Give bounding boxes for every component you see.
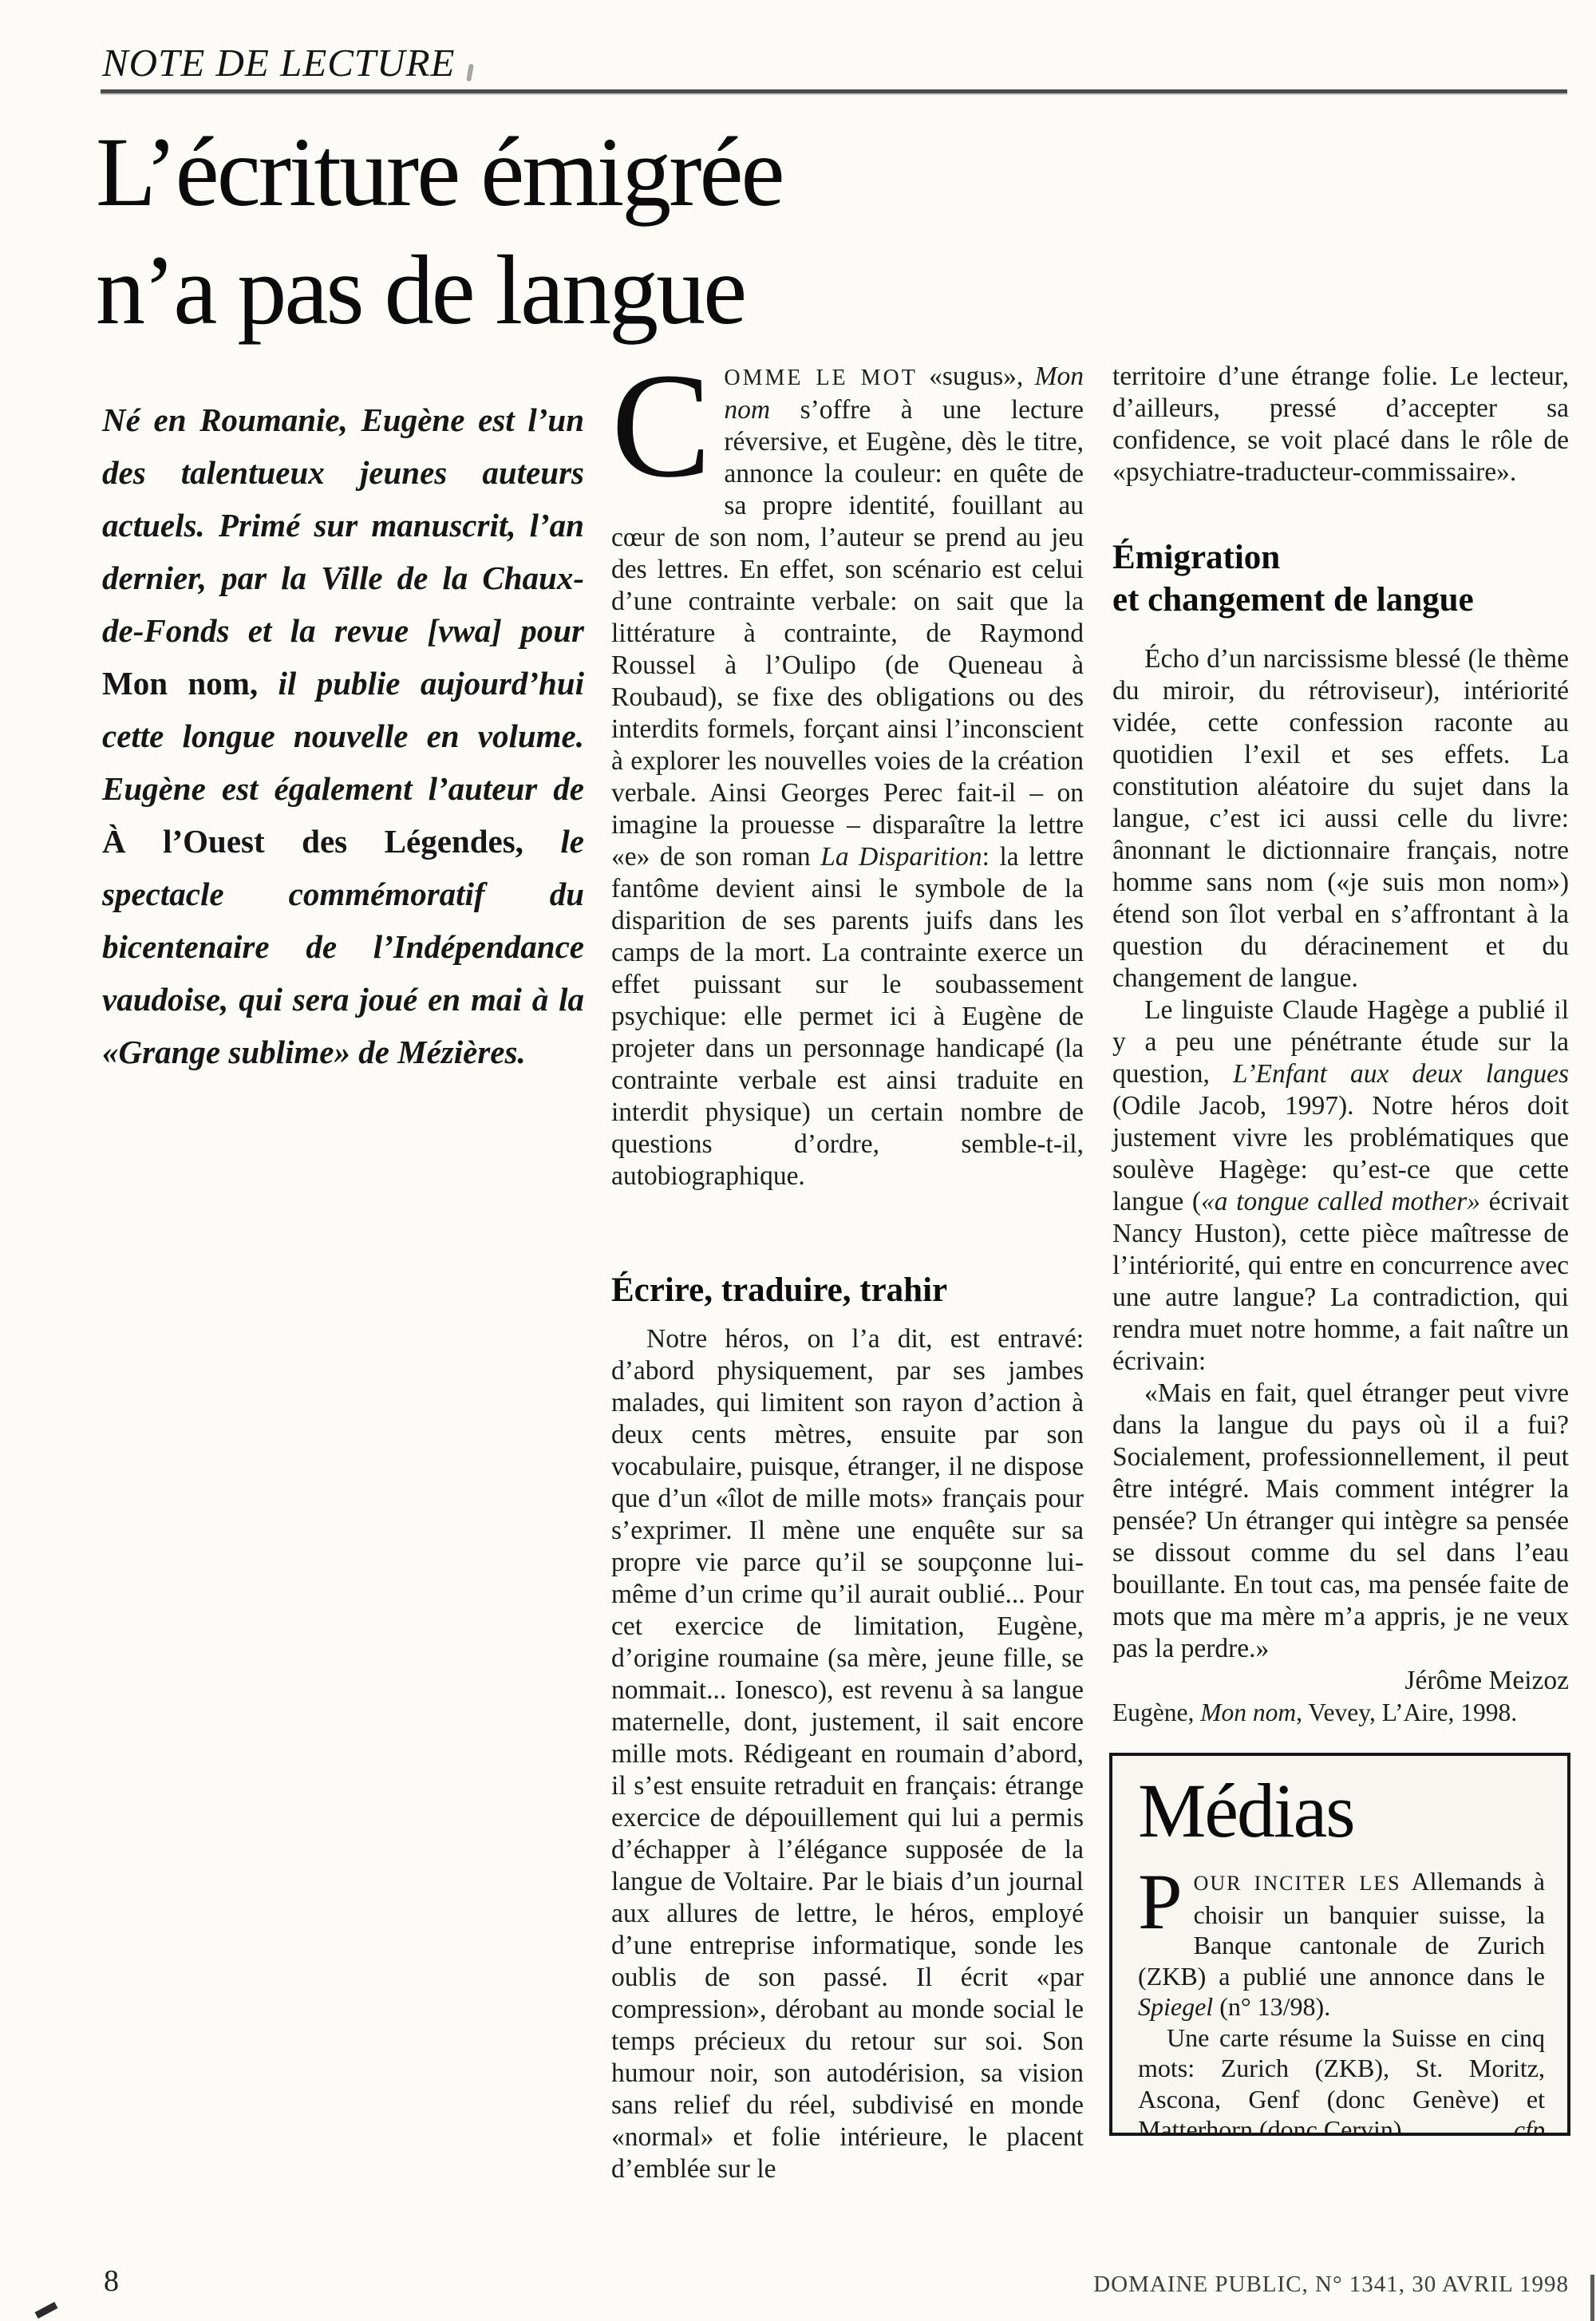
medias-title: Médias: [1138, 1769, 1545, 1853]
right-column-paragraph-2: Écho d’un narcissisme blessé (le thème d…: [1112, 643, 1569, 994]
right-column-body: Écho d’un narcissisme blessé (le thème d…: [1112, 643, 1569, 1729]
author-signature: Jérôme Meizoz: [1112, 1665, 1569, 1697]
quote-tongue-called-mother: «a tongue called mother»: [1201, 1187, 1480, 1216]
intro-run: Né en Roumanie, Eugène est l’un des tale…: [102, 401, 584, 649]
dropcap-c: C: [611, 366, 711, 492]
body-run: : la lettre fantôme devient ainsi le sym…: [611, 842, 1084, 1191]
article-title: L’écriture émigrée n’a pas de langue: [96, 113, 783, 350]
show-title-ouest-des-legendes: À l’Ouest des Légendes,: [102, 823, 523, 860]
masthead-rule: [101, 89, 1567, 93]
book-title-enfant-aux-deux-langues: L’Enfant aux deux langues: [1233, 1059, 1569, 1089]
intro-paragraph: Né en Roumanie, Eugène est l’un des tale…: [102, 393, 584, 1078]
issue-line: DOMAINE PUBLIC, N° 1341, 30 AVRIL 1998: [1093, 2272, 1569, 2298]
body-run: Une carte résume la Suisse en cinq mots:…: [1138, 2023, 1545, 2137]
page-number: 8: [104, 2264, 119, 2299]
article-title-line1: L’écriture émigrée: [96, 113, 783, 231]
credit-cfp: cfp: [1514, 2114, 1545, 2136]
section-eyebrow: NOTE DE LECTURE: [102, 40, 455, 85]
right-column-quote-paragraph: «Mais en fait, quel étranger peut vivre …: [1112, 1378, 1569, 1665]
medias-paragraph-2: Une carte résume la Suisse en cinq mots:…: [1138, 2022, 1545, 2137]
right-column-paragraph-1: territoire d’une étrange folie. Le lecte…: [1112, 361, 1569, 488]
heading-line1: Émigration: [1112, 536, 1569, 579]
heading-line2: et changement de langue: [1112, 579, 1569, 621]
scan-artifact: [1590, 2275, 1594, 2321]
body-run: «sugus»,: [918, 362, 1035, 391]
smallcaps-lead: OUR INCITER LES: [1194, 1872, 1401, 1895]
citation-run: , Vevey, L’Aire, 1998.: [1296, 1698, 1517, 1726]
article-title-line2: n’a pas de langue: [96, 231, 783, 350]
magazine-title-spiegel: Spiegel: [1138, 1992, 1213, 2021]
book-title-la-disparition: La Disparition: [820, 842, 982, 872]
scan-artifact: [35, 2302, 58, 2319]
intro-run: le spectacle commémoratif du bicentenair…: [102, 823, 584, 1070]
body-run: (n° 13/98).: [1213, 1992, 1330, 2021]
middle-column-paragraph-2: Notre héros, on l’a dit, est entravé: d’…: [611, 1323, 1084, 2185]
medias-paragraph-1: POUR INCITER LES Allemands à choisir un …: [1138, 1866, 1545, 2022]
medias-box: Médias POUR INCITER LES Allemands à choi…: [1109, 1753, 1570, 2136]
smallcaps-lead: OMME LE MOT: [724, 366, 917, 390]
book-title-mon-nom: Mon nom,: [102, 665, 258, 702]
book-title-mon-nom: Mon nom: [1200, 1698, 1296, 1726]
dropcap-p: P: [1138, 1869, 1183, 1938]
citation-run: Eugène,: [1112, 1698, 1200, 1726]
scanned-magazine-page: NOTE DE LECTURE L’écriture émigrée n’a p…: [0, 0, 1596, 2321]
scan-artifact: [466, 64, 474, 82]
section-heading-ecrire-traduire-trahir: Écrire, traduire, trahir: [611, 1271, 1084, 1310]
right-column-paragraph-3: Le linguiste Claude Hagège a publié il y…: [1112, 994, 1569, 1378]
book-citation-line: Eugène, Mon nom, Vevey, L’Aire, 1998.: [1112, 1697, 1569, 1729]
section-heading-emigration: Émigration et changement de langue: [1112, 536, 1569, 621]
middle-column-paragraph-1: COMME LE MOT «sugus», Mon nom s’offre à …: [611, 361, 1084, 1192]
